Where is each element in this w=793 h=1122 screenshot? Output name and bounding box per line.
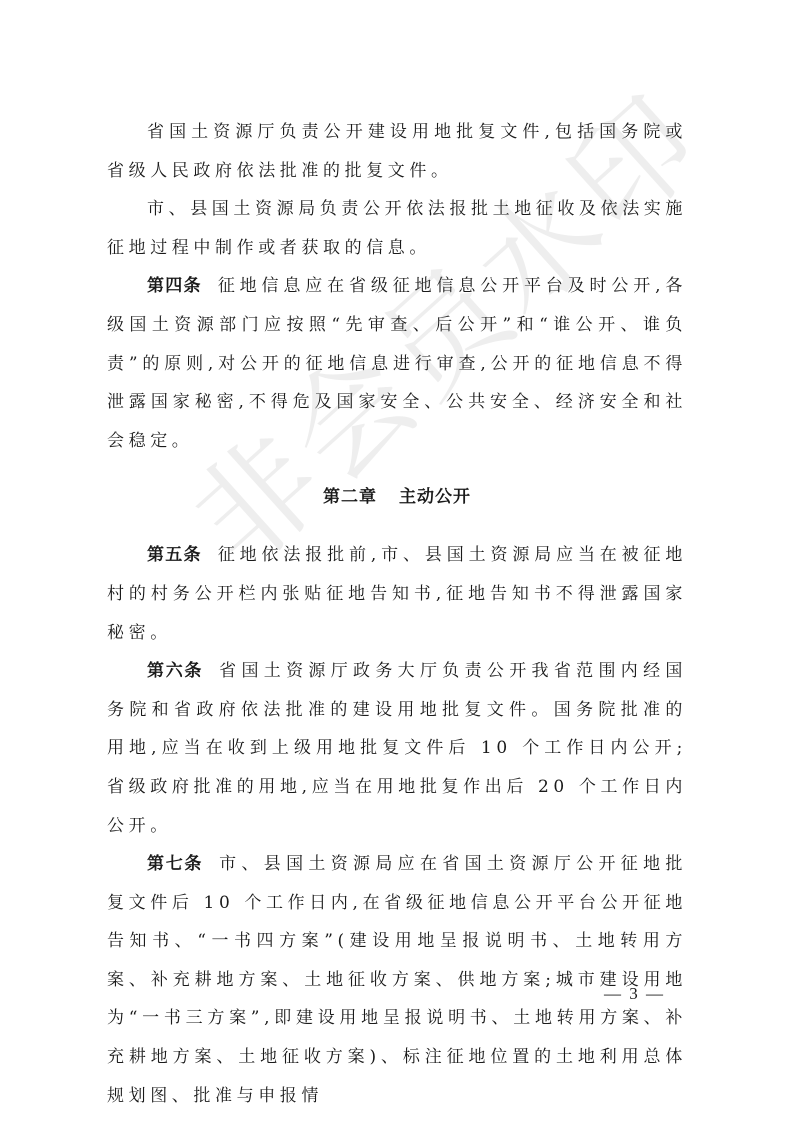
paragraph-1: 省国土资源厅负责公开建设用地批复文件,包括国务院或省级人民政府依法批准的批复文件… <box>107 113 687 190</box>
article-5: 第五条征地依法报批前,市、县国土资源局应当在被征地村的村务公开栏内张贴征地告知书… <box>107 536 687 652</box>
article-text: 省国土资源厅政务大厅负责公开我省范围内经国务院和省政府依法批准的建设用地批复文件… <box>107 661 687 835</box>
article-6: 第六条省国土资源厅政务大厅负责公开我省范围内经国务院和省政府依法批准的建设用地批… <box>107 652 687 845</box>
paragraph-text: 市、县国土资源局负责公开依法报批土地征收及依法实施征地过程中制作或者获取的信息。 <box>107 199 687 258</box>
article-label: 第六条 <box>147 661 203 681</box>
article-text: 市、县国土资源局应在省国土资源厅公开征地批复文件后 10 个工作日内,在省级征地… <box>107 854 687 1106</box>
document-page: 省国土资源厅负责公开建设用地批复文件,包括国务院或省级人民政府依法批准的批复文件… <box>107 113 687 1115</box>
article-label: 第四条 <box>147 276 202 296</box>
chapter-heading: 第二章主动公开 <box>107 478 687 516</box>
article-7: 第七条市、县国土资源局应在省国土资源厅公开征地批复文件后 10 个工作日内,在省… <box>107 845 687 1115</box>
article-label: 第七条 <box>147 854 203 874</box>
article-label: 第五条 <box>147 545 202 565</box>
chapter-number: 第二章 <box>323 487 377 507</box>
page-number: — 3 — <box>604 984 665 1004</box>
paragraph-2: 市、县国土资源局负责公开依法报批土地征收及依法实施征地过程中制作或者获取的信息。 <box>107 190 687 267</box>
article-text: 征地信息应在省级征地信息公开平台及时公开,各级国土资源部门应按照“先审查、后公开… <box>107 276 687 450</box>
article-4: 第四条征地信息应在省级征地信息公开平台及时公开,各级国土资源部门应按照“先审查、… <box>107 267 687 460</box>
paragraph-text: 省国土资源厅负责公开建设用地批复文件,包括国务院或省级人民政府依法批准的批复文件… <box>107 122 687 181</box>
chapter-title: 主动公开 <box>399 487 471 507</box>
